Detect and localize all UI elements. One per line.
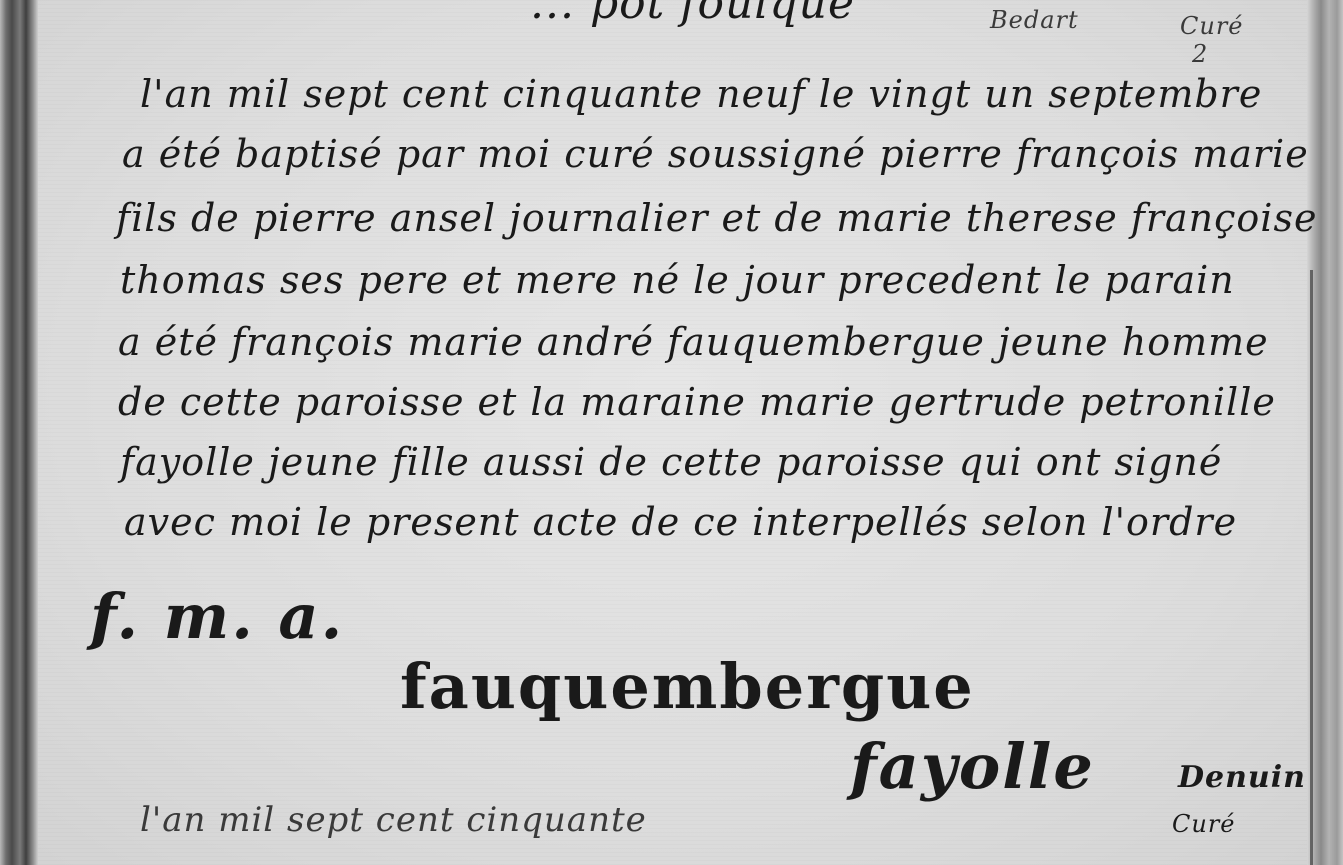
priest-signature: Denuin bbox=[1178, 760, 1306, 795]
record-line-2: a été baptisé par moi curé soussigné pie… bbox=[122, 132, 1309, 176]
header-fragment: ... pot foulque bbox=[530, 0, 855, 29]
godfather-initials-signature: f. m. a. bbox=[90, 580, 344, 653]
record-line-5: a été françois marie andré fauquembergue… bbox=[118, 320, 1269, 364]
record-line-4: thomas ses pere et mere né le jour prece… bbox=[120, 258, 1235, 302]
record-line-6: de cette paroisse et la maraine marie ge… bbox=[118, 380, 1276, 424]
margin-number: 2 bbox=[1192, 40, 1208, 68]
book-binding-edge bbox=[0, 0, 38, 865]
record-line-1: l'an mil sept cent cinquante neuf le vin… bbox=[140, 72, 1262, 116]
register-page: ... pot foulque Bedart Curé 2 l'an mil s… bbox=[0, 0, 1343, 865]
godfather-surname-signature: fauquembergue bbox=[400, 650, 975, 723]
record-line-3: fils de pierre ansel journalier et de ma… bbox=[116, 196, 1317, 240]
next-record-start: l'an mil sept cent cinquante bbox=[140, 800, 647, 840]
page-fold-line bbox=[1310, 270, 1313, 865]
record-line-7: fayolle jeune fille aussi de cette paroi… bbox=[120, 440, 1222, 484]
priest-title: Curé bbox=[1172, 810, 1236, 838]
godmother-signature: fayolle bbox=[850, 730, 1095, 803]
margin-curate-note: Curé bbox=[1180, 12, 1244, 40]
margin-name: Bedart bbox=[990, 6, 1079, 34]
record-line-8: avec moi le present acte de ce interpell… bbox=[124, 500, 1237, 544]
